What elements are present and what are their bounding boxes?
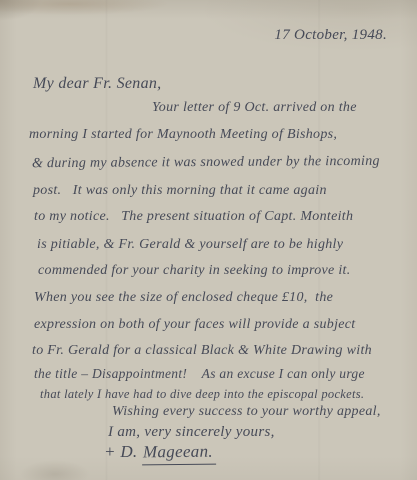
- letter-line: & during my absence it was snowed under …: [32, 154, 380, 172]
- letter-page: 17 October, 1948. My dear Fr. Senan, You…: [0, 0, 417, 480]
- letter-closing-line: Wishing every success to your worthy app…: [112, 404, 381, 420]
- letter-line: to Fr. Gerald for a classical Black & Wh…: [32, 343, 372, 359]
- letter-line: post. It was only this morning that it c…: [33, 183, 327, 199]
- signature-cross: + D.: [104, 442, 142, 461]
- letter-line: expression on both of your faces will pr…: [34, 317, 355, 333]
- letter-line: the title – Disappointment! As an excuse…: [34, 366, 365, 382]
- letter-closing-line: I am, very sincerely yours,: [108, 424, 275, 441]
- letter-line: commended for your charity in seeking to…: [38, 263, 351, 279]
- letter-line: morning I started for Maynooth Meeting o…: [29, 127, 337, 143]
- signature-name: Mageean.: [142, 442, 216, 466]
- letter-line: is pitiable, & Fr. Gerald & yourself are…: [37, 237, 343, 253]
- letter-line: that lately I have had to dive deep into…: [40, 387, 364, 402]
- letter-line: Your letter of 9 Oct. arrived on the: [152, 100, 357, 116]
- letter-salutation: My dear Fr. Senan,: [33, 75, 162, 93]
- letter-line: When you see the size of enclosed cheque…: [34, 290, 333, 306]
- letter-date: 17 October, 1948.: [274, 27, 387, 44]
- letter-line: to my notice. The present situation of C…: [34, 209, 353, 225]
- signature: + D. Mageean.: [104, 442, 216, 465]
